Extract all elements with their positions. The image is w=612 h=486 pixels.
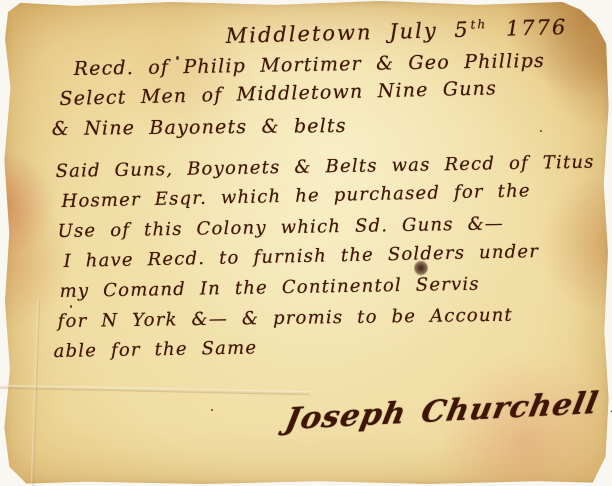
dateline-year: 1776: [506, 15, 568, 41]
scanned-receipt: Middletown July 5th 1776 Recd. of Philip…: [0, 0, 612, 486]
handwritten-text: Middletown July 5th 1776 Recd. of Philip…: [50, 24, 580, 371]
dateline-ordinal: th: [470, 17, 487, 31]
body-text: Recd. of Philip Mortimer & Geo Phillips …: [50, 58, 580, 371]
dateline-place-date: Middletown July 5: [225, 18, 470, 48]
handwritten-line: & Nine Bayonets & belts: [52, 112, 580, 148]
